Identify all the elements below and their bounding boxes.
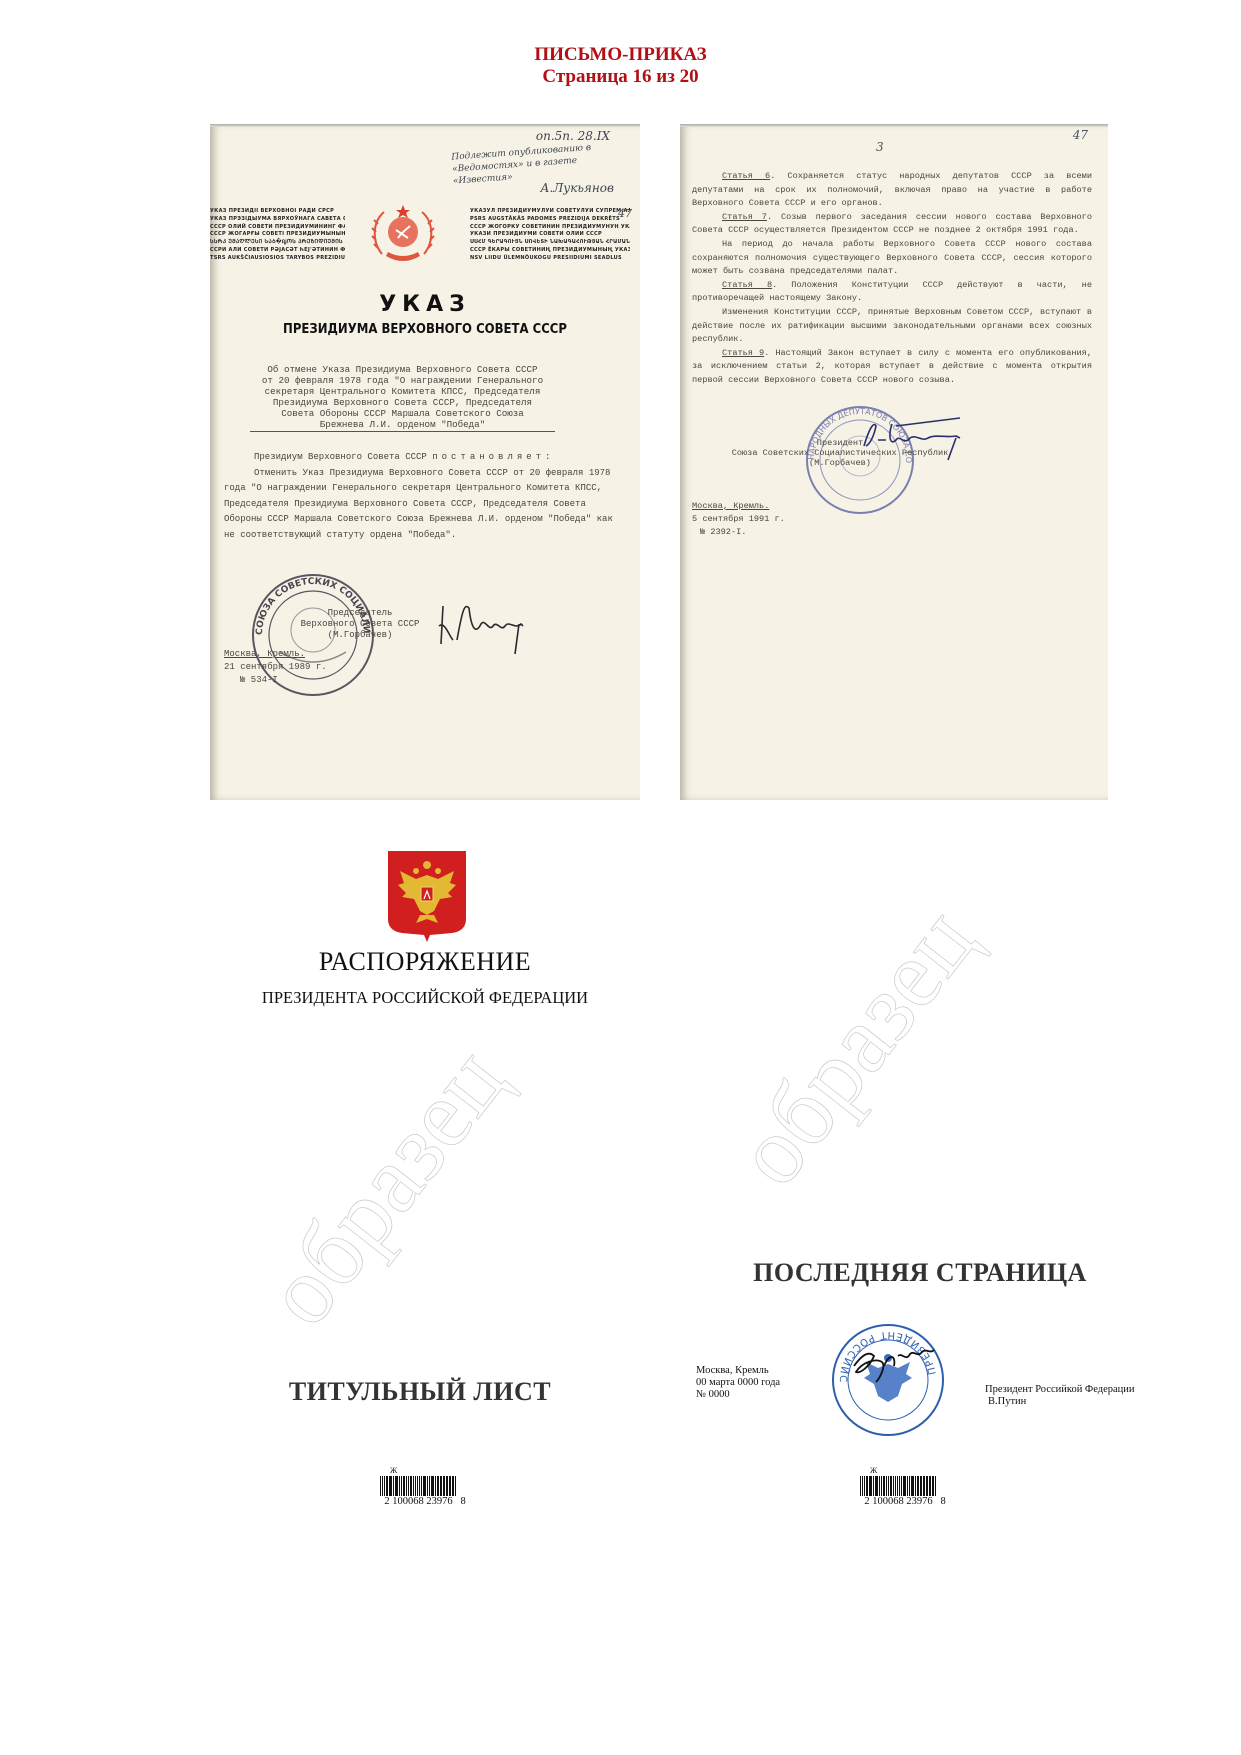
barcode-digits: 2 100068 23976 8 <box>380 1496 470 1507</box>
ukaz-title: УКАЗ <box>210 292 640 317</box>
paragraph: Статья 8. Положения Конституции СССР дей… <box>692 279 1092 306</box>
preamble: Президиум Верховного Совета СССР постано… <box>224 450 624 466</box>
last-page-caption: ПОСЛЕДНЯЯ СТРАНИЦА <box>700 1258 1140 1288</box>
paragraph: Статья 6. Сохраняется статус народных де… <box>692 170 1092 211</box>
paragraph: На период до начала работы Верховного Со… <box>692 238 1092 279</box>
ukaz-subject: Об отмене Указа Президиума Верховного Со… <box>250 364 555 432</box>
ussr-emblem-icon <box>368 202 438 268</box>
issue-details: Москва, Кремль. 5 сентября 1991 г. № 239… <box>692 500 785 539</box>
goznak-logo-icon: Ж <box>390 1466 470 1476</box>
signatory-block: Председатель Верховного Совета СССР (М.Г… <box>290 608 430 641</box>
page-header: ПИСЬМО-ПРИКАЗ Страница 16 из 20 <box>0 44 1241 88</box>
paragraph: Статья 9. Настоящий Закон вступает в сил… <box>692 347 1092 388</box>
page-mark: 3 <box>876 140 884 154</box>
barcode-bars <box>380 1476 470 1496</box>
signatory-block: Президент Российкой Федерации В.Путин <box>985 1384 1135 1408</box>
president-seal-icon: ПРЕЗИДЕНТ РОССИЙСКОЙ ФЕДЕРАЦИИ <box>830 1322 946 1438</box>
issue-details: Москва, Кремль. 21 сентября 1989 г. № 53… <box>224 648 327 687</box>
sample-watermark: образец <box>713 886 997 1206</box>
russian-coat-of-arms-icon <box>386 849 468 943</box>
issue-details: Москва, Кремль 00 марта 0000 года № 0000 <box>696 1365 780 1401</box>
page-indicator: Страница 16 из 20 <box>0 66 1241 88</box>
order-issuer: ПРЕЗИДЕНТА РОССИЙСКОЙ ФЕДЕРАЦИИ <box>200 988 650 1008</box>
barcode: Ж 2 100068 23976 8 <box>380 1466 470 1507</box>
signatory-block: Президент Союза Советских Социалистическ… <box>680 438 1000 468</box>
scan-ukaz-1989: оп.5п. 28.IX Подлежит опубликованию в «В… <box>210 124 640 800</box>
multilingual-header-right: УКАЗУЛ ПРЕЗИДИУМУЛУЙ СОВЕТУЛУЙ СУПРЕМ АЛ… <box>470 208 630 263</box>
sheet-number: 47 <box>1073 128 1088 142</box>
goznak-logo-icon: Ж <box>870 1466 950 1476</box>
barcode: Ж 2 100068 23976 8 <box>860 1466 950 1507</box>
ukaz-body: Президиум Верховного Совета СССР постано… <box>224 450 624 543</box>
scan-law-1991: 3 47 Статья 6. Сохраняется статус народн… <box>680 124 1108 800</box>
order-type-title: РАСПОРЯЖЕНИЕ <box>200 947 650 977</box>
law-body: Статья 6. Сохраняется статус народных де… <box>692 170 1092 388</box>
barcode-bars <box>860 1476 950 1496</box>
ukaz-subtitle: ПРЕЗИДИУМА ВЕРХОВНОГО СОВЕТА СССР <box>232 322 619 337</box>
handwritten-signature-name: А.Лукьянов <box>540 182 614 194</box>
paragraph: Изменения Конституции СССР, принятые Вер… <box>692 306 1092 347</box>
paragraph: Статья 7. Созыв первого заседания сессии… <box>692 211 1092 238</box>
handwritten-ref: оп.5п. 28.IX <box>536 130 610 142</box>
multilingual-header-left: УКАЗ ПРЕЗИДІЇ ВЕРХОВНОЇ РАДИ СРСР УКАЗ П… <box>210 208 345 263</box>
resolution-text: Отменить Указ Президиума Верховного Сове… <box>224 466 624 544</box>
barcode-digits: 2 100068 23976 8 <box>860 1496 950 1507</box>
title-page-caption: ТИТУЛЬНЫЙ ЛИСТ <box>230 1377 610 1407</box>
sample-watermark: образец <box>243 1026 527 1346</box>
gorbachev-signature-icon <box>435 596 535 656</box>
document-type-title: ПИСЬМО-ПРИКАЗ <box>0 44 1241 66</box>
